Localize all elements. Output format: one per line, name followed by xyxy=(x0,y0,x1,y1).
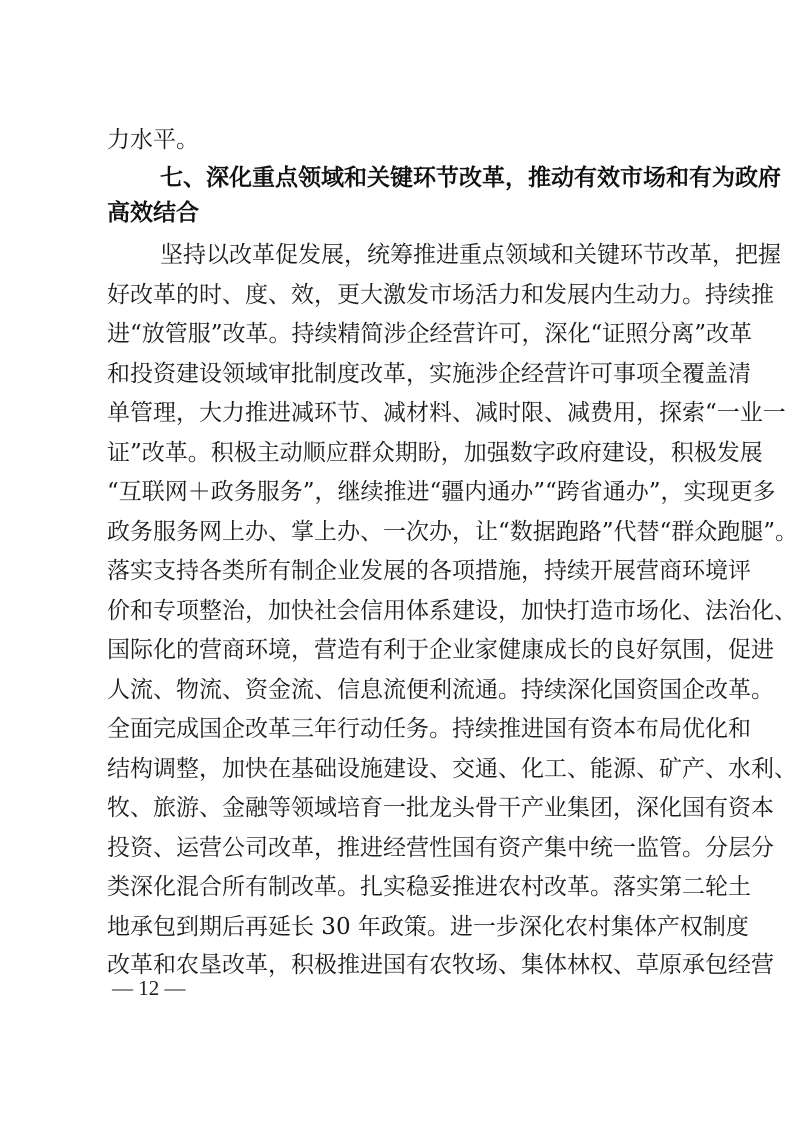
body-line: 坚持以改革促发展，统筹推进重点领域和关键环节改革，把握 xyxy=(160,240,691,270)
document-page: 力水平。 七、深化重点领域和关键环节改革，推动有效市场和有为政府 高效结合 坚持… xyxy=(0,0,793,1122)
body-line: “互联网＋政务服务”，继续推进“疆内通办”“跨省通办”，实现更多 xyxy=(107,477,691,507)
body-line: 进“放管服”改革。持续精简涉企经营许可，深化“证照分离”改革 xyxy=(107,319,691,349)
body-line: 结构调整，加快在基础设施建设、交通、化工、能源、矿产、水利、农 xyxy=(107,754,691,784)
body-line: 和投资建设领域审批制度改革，实施涉企经营许可事项全覆盖清 xyxy=(107,359,691,389)
page-number: — 12 — xyxy=(112,975,186,1001)
body-line: 国际化的营商环境，营造有利于企业家健康成长的良好氛围，促进 xyxy=(107,635,691,665)
body-line: 全面完成国企改革三年行动任务。持续推进国有资本布局优化和 xyxy=(107,714,691,744)
body-line: 投资、运营公司改革，推进经营性国有资产集中统一监管。分层分 xyxy=(107,833,691,863)
body-line: 单管理，大力推进减环节、减材料、减时限、减费用，探索“一业一 xyxy=(107,398,691,428)
body-line: 类深化混合所有制改革。扎实稳妥推进农村改革。落实第二轮土 xyxy=(107,872,691,902)
section-heading-line-2: 高效结合 xyxy=(107,198,691,228)
body-line: 政务服务网上办、掌上办、一次办，让“数据跑路”代替“群众跑腿”。 xyxy=(107,517,691,547)
section-heading-line-1: 七、深化重点领域和关键环节改革，推动有效市场和有为政府 xyxy=(160,163,691,193)
continuation-line: 力水平。 xyxy=(107,125,691,155)
body-line: 牧、旅游、金融等领域培育一批龙头骨干产业集团，深化国有资本 xyxy=(107,793,691,823)
body-line: 好改革的时、度、效，更大激发市场活力和发展内生动力。持续推 xyxy=(107,280,691,310)
body-line: 改革和农垦改革，积极推进国有农牧场、集体林权、草原承包经营 xyxy=(107,950,691,980)
body-line: 证”改革。积极主动顺应群众期盼，加强数字政府建设，积极发展 xyxy=(107,438,691,468)
body-line: 价和专项整治，加快社会信用体系建设，加快打造市场化、法治化、 xyxy=(107,596,691,626)
body-line: 落实支持各类所有制企业发展的各项措施，持续开展营商环境评 xyxy=(107,556,691,586)
body-line: 人流、物流、资金流、信息流便利流通。持续深化国资国企改革。 xyxy=(107,675,691,705)
body-line: 地承包到期后再延长 30 年政策。进一步深化农村集体产权制度 xyxy=(107,912,691,942)
